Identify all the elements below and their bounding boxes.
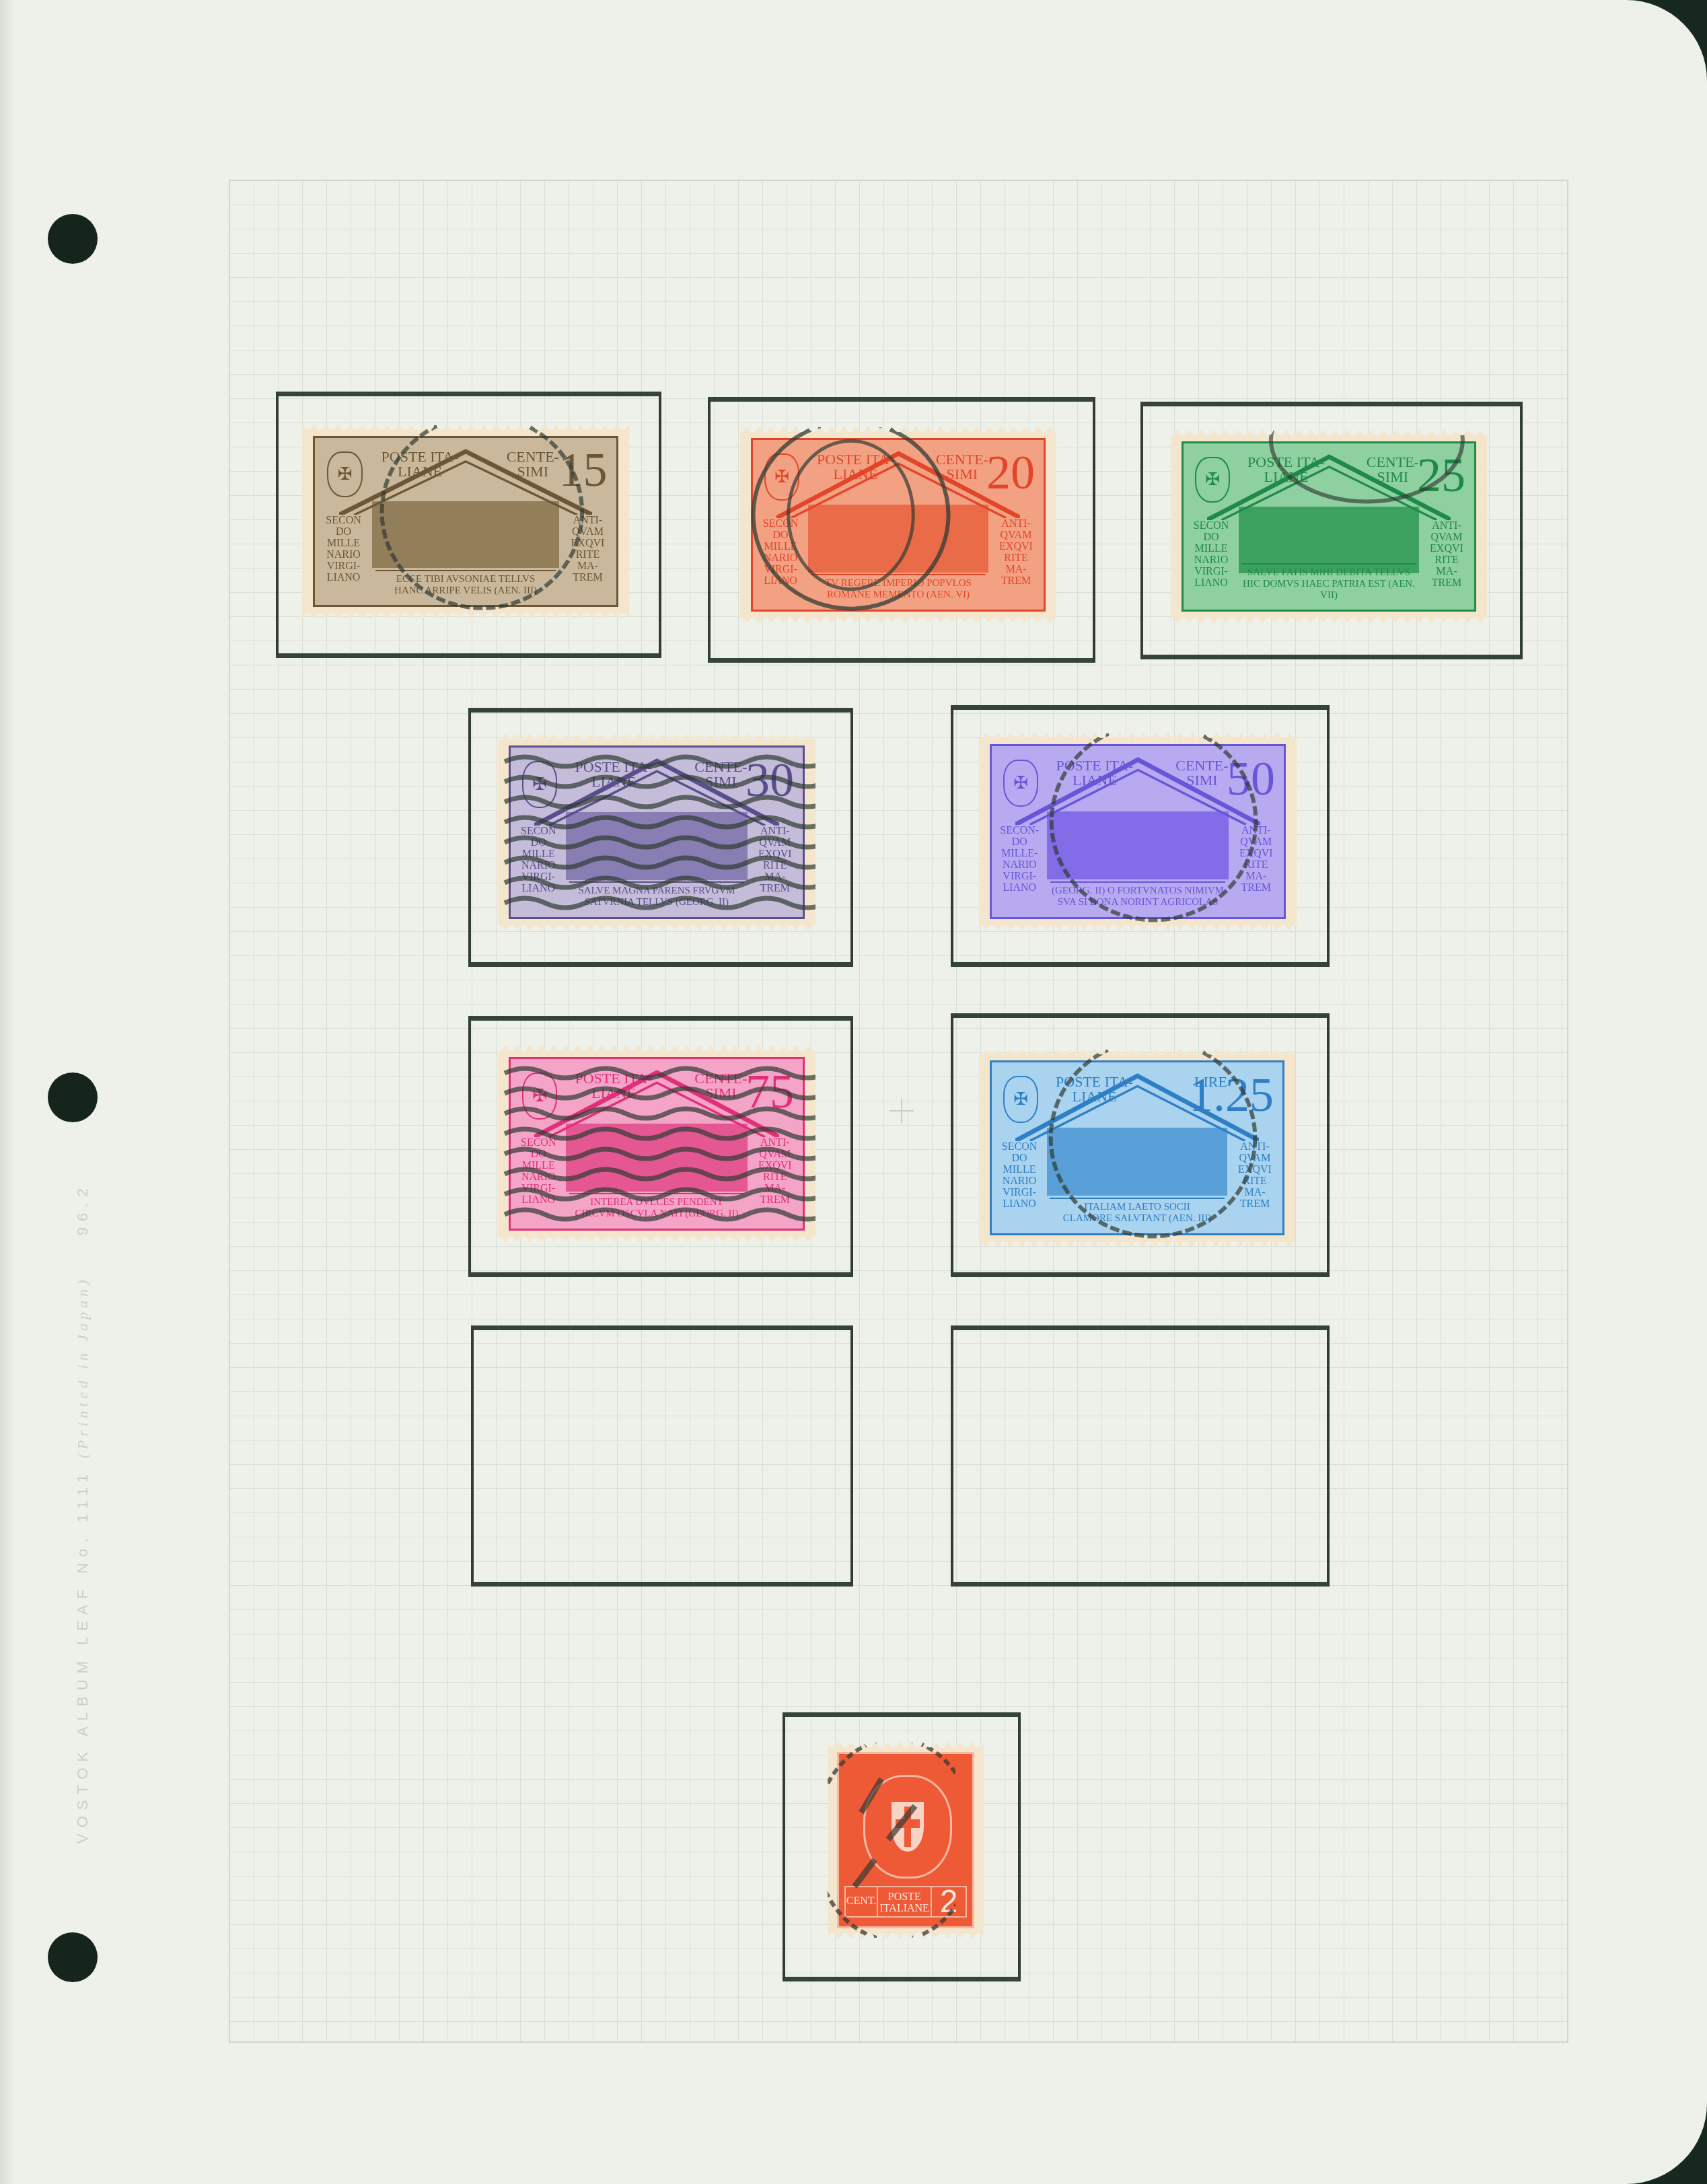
stamp-value-bar: CENT. POSTE ITALIANE 2 xyxy=(844,1886,967,1918)
stamp-motto: TV REGERE IMPERIO POPVLOS ROMANE MEMENTO… xyxy=(811,574,985,601)
stamp-design: ✠ POSTE ITA- LIANE CENTE- SIMI 15 SECON … xyxy=(313,436,618,607)
stamp-country: POSTE ITA- LIANE xyxy=(382,449,459,479)
stamp-design: ✠ POSTE ITA- LIANE CENTE- SIMI 25 SECON … xyxy=(1182,441,1476,612)
stamp-side-right: ANTI- QVAM EXQVI RITE MA- TREM xyxy=(1234,825,1278,894)
leaf-printed-note: (Printed in Japan) xyxy=(74,1276,91,1459)
leaf-edition: 96.2 xyxy=(74,1182,91,1235)
stamp-s25c[interactable]: ✠ POSTE ITA- LIANE CENTE- SIMI 25 SECON … xyxy=(1171,431,1487,622)
savoy-crest-icon: ✠ xyxy=(1195,457,1230,503)
savoy-crest-icon: ✠ xyxy=(1003,760,1038,807)
stamp-s125l[interactable]: ✠ POSTE ITA- LIANE LIRE 1.25 SECON DO MI… xyxy=(979,1050,1295,1246)
stamp-value: 20 xyxy=(986,445,1035,499)
stamp-motto: INTEREA DVLCES PENDENT CIRCVM OSCVLA NAT… xyxy=(569,1193,744,1220)
stamp-s20c[interactable]: ✠ POSTE ITA- LIANE CENTE- SIMI 20 SECON … xyxy=(740,427,1056,622)
stamp-design: ✠ POSTE ITA- LIANE CENTE- SIMI 30 SECON … xyxy=(509,745,805,919)
savoy-crest-icon: ✠ xyxy=(522,761,557,808)
binder-hole-middle xyxy=(48,1072,98,1122)
leaf-imprint: VOSTOK ALBUM LEAF No. 1111 (Printed in J… xyxy=(74,1182,92,1844)
stamp-motto: SALVE MAGNA PARENS FRVGVM SATVRNIA TELLV… xyxy=(569,881,744,908)
savoy-crest-icon: ✠ xyxy=(764,453,799,501)
stamp-design: ✠ POSTE ITA- LIANE LIRE 1.25 SECON DO MI… xyxy=(990,1060,1284,1235)
binder-hole-bottom xyxy=(48,1932,98,1982)
mount-box-empty[interactable] xyxy=(471,1325,853,1587)
stamp-design: ✠ POSTE ITA- LIANE CENTE- SIMI 50 SECON-… xyxy=(990,744,1286,919)
stamp-country: POSTE ITA- LIANE xyxy=(1056,758,1133,788)
stamp-unit: CENTE- SIMI xyxy=(694,760,747,789)
stamp-unit: CENT. xyxy=(846,1887,878,1917)
binder-hole-top xyxy=(48,214,98,264)
savoy-crest-icon: ✠ xyxy=(327,451,363,497)
stamp-side-left: SECON DO MILLE NARIO VIRGI- LIANO xyxy=(321,515,366,583)
stamp-motto: SALVE FATIS MIHI DEBITA TELLVS HIC DOMVS… xyxy=(1241,563,1416,602)
stamp-unit: CENTE- SIMI xyxy=(936,452,988,482)
stamp-motto: ITALIAM LAETO SOCII CLAMORE SALVTANT (AE… xyxy=(1050,1198,1224,1225)
stamp-value: 25 xyxy=(1417,448,1465,502)
savoy-crest-icon: ✠ xyxy=(522,1072,557,1120)
stamp-side-right: ANTI- QVAM EXQVI RITE MA- TREM xyxy=(753,826,797,894)
center-mark xyxy=(901,1099,902,1123)
stamp-country: POSTE ITA- LIANE xyxy=(575,760,652,789)
stamp-country: POSTE ITA- LIANE xyxy=(1056,1075,1133,1104)
savoy-crest-icon: ✠ xyxy=(1003,1076,1038,1123)
stamp-value: 2 xyxy=(932,1887,966,1917)
stamp-country: POSTE ITA- LIANE xyxy=(817,452,894,482)
stamp-side-left: SECON DO MILLE NARIO VIRGI- LIANO xyxy=(998,1141,1042,1210)
stamp-side-right: ANTI- QVAM EXQVI RITE MA- TREM xyxy=(1425,520,1469,589)
stamp-motto: (GEORG. II) O FORTVNATOS NIMIVM SVA SI B… xyxy=(1050,881,1225,908)
stamp-side-left: SECON DO MILLE NARIO VIRGI- LIANO xyxy=(759,518,803,587)
album-leaf: VOSTOK ALBUM LEAF No. 1111 (Printed in J… xyxy=(0,0,1707,2184)
stamp-value: 1.25 xyxy=(1189,1068,1274,1122)
stamp-value: 30 xyxy=(746,753,794,807)
stamp-value: 75 xyxy=(746,1064,794,1118)
stamp-design: CENT. POSTE ITALIANE 2 xyxy=(837,1752,974,1928)
stamp-unit: CENTE- SIMI xyxy=(1175,758,1228,788)
stamp-value: 50 xyxy=(1227,752,1275,805)
stamp-unit: CENTE- SIMI xyxy=(694,1071,747,1101)
stamp-design: ✠ POSTE ITA- LIANE CENTE- SIMI 20 SECON … xyxy=(751,438,1046,612)
stamp-side-left: SECON- DO MILLE- NARIO VIRGI- LIANO xyxy=(998,825,1042,894)
stamp-definitive-2c[interactable]: CENT. POSTE ITALIANE 2 xyxy=(828,1743,984,1938)
stamp-side-right: ANTI- QVAM EXQVI RITE MA- TREM xyxy=(1233,1141,1277,1210)
binding-shadow xyxy=(0,0,15,2184)
stamp-side-right: ANTI- QVAM EXQVI RITE MA- TREM xyxy=(994,518,1038,587)
stamp-side-right: ANTI- QVAM EXQVI RITE MA- TREM xyxy=(753,1137,797,1206)
stamp-country: POSTE ITALIANE xyxy=(878,1887,932,1917)
stamp-country: POSTE ITA- LIANE xyxy=(575,1071,652,1101)
stamp-unit: CENTE- SIMI xyxy=(507,449,559,479)
stamp-unit: CENTE- SIMI xyxy=(1367,455,1419,484)
mount-box-empty[interactable] xyxy=(951,1325,1330,1587)
stamp-side-left: SECON DO MILLE NARIO VIRGI- LIANO xyxy=(517,826,560,894)
stamp-design: ✠ POSTE ITA- LIANE CENTE- SIMI 75 SECON … xyxy=(509,1057,805,1231)
stamp-s75c[interactable]: ✠ POSTE ITA- LIANE CENTE- SIMI 75 SECON … xyxy=(498,1046,815,1241)
stamp-value: 15 xyxy=(559,443,608,497)
stamp-side-left: SECON DO MILLE NARIO VIRGI- LIANO xyxy=(517,1137,560,1206)
stamp-s15c[interactable]: ✠ POSTE ITA- LIANE CENTE- SIMI 15 SECON … xyxy=(302,425,629,618)
leaf-publisher: VOSTOK ALBUM LEAF No. 1111 xyxy=(74,1468,91,1844)
stamp-country: POSTE ITA- LIANE xyxy=(1247,455,1325,484)
stamp-s30c[interactable]: ✠ POSTE ITA- LIANE CENTE- SIMI 30 SECON … xyxy=(498,735,815,930)
stamp-motto: ECCE TIBI AVSONIAE TELLVS HANC ARRIPE VE… xyxy=(375,570,556,597)
stamp-side-left: SECON DO MILLE NARIO VIRGI- LIANO xyxy=(1190,520,1233,589)
stamp-side-right: ANTI- QVAM EXQVI RITE MA- TREM xyxy=(565,515,610,583)
royal-arms-icon xyxy=(863,1775,953,1879)
stamp-s50c[interactable]: ✠ POSTE ITA- LIANE CENTE- SIMI 50 SECON-… xyxy=(979,733,1297,930)
